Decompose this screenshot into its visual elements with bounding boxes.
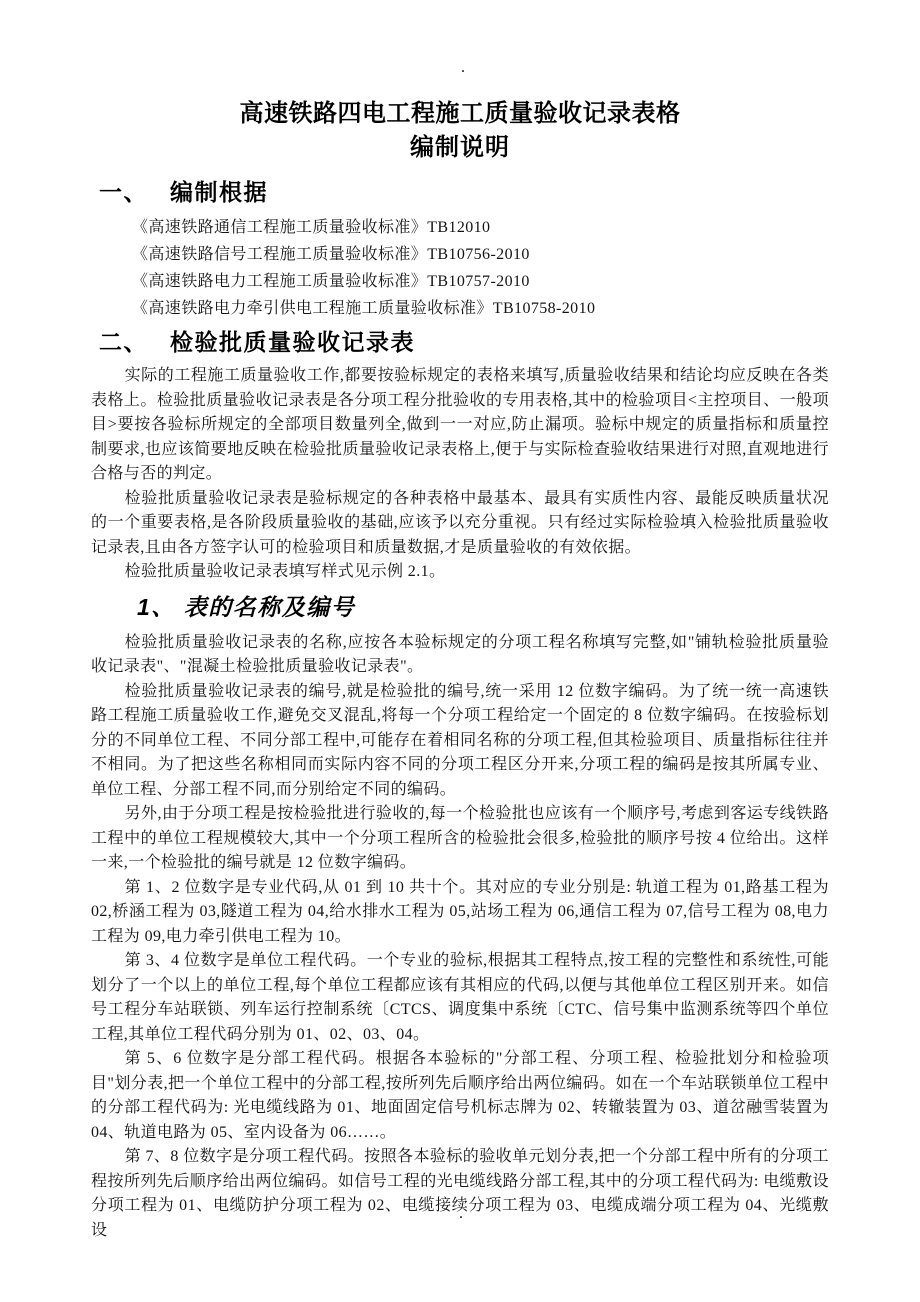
subsection1-paragraph-5: 第 3、4 位数字是单位工程代码。一个专业的验标,根据其工程特点,按工程的完整性… [91,949,829,1047]
subsection1-paragraph-2: 检验批质量验收记录表的编号,就是检验批的编号,统一采用 12 位数字编码。为了统… [91,680,829,803]
section2-title: 检验批质量验收记录表 [170,329,415,355]
page-bottom-mark: . [459,1206,463,1222]
reference-item-4: 《高速铁路电力牵引供电工程施工质量验收标准》TB10758-2010 [132,295,829,322]
reference-list: 《高速铁路通信工程施工质量验收标准》TB12010 《高速铁路信号工程施工质量验… [132,214,829,322]
subsection1-heading: 1、表的名称及编号 [137,591,829,623]
section1-title: 编制根据 [170,179,268,205]
section2-number: 二、 [99,326,148,358]
section1-number: 一、 [99,176,148,208]
document-subtitle: 编制说明 [91,131,829,166]
section1-heading: 一、编制根据 [99,176,829,208]
subsection1-paragraph-7: 第 7、8 位数字是分项工程代码。按照各本验标的验收单元划分表,把一个分部工程中… [91,1145,829,1243]
subsection1-title: 表的名称及编号 [184,594,356,620]
reference-item-2: 《高速铁路信号工程施工质量验收标准》TB10756-2010 [132,241,829,268]
subsection1-number: 1、 [137,591,176,623]
section2-paragraph-1: 实际的工程施工质量验收工作,都要按验标规定的表格来填写,质量验收结果和结论均应反… [91,364,829,487]
reference-item-1: 《高速铁路通信工程施工质量验收标准》TB12010 [132,214,829,241]
subsection1-paragraph-6: 第 5、6 位数字是分部工程代码。根据各本验标的"分部工程、分项工程、检验批划分… [91,1047,829,1145]
document-title: 高速铁路四电工程施工质量验收记录表格 [91,98,829,131]
section2-paragraph-3: 检验批质量验收记录表填写样式见示例 2.1。 [91,560,829,585]
document-page: . 高速铁路四电工程施工质量验收记录表格 编制说明 一、编制根据 《高速铁路通信… [0,0,920,1302]
subsection1-paragraph-3: 另外,由于分项工程是按检验批进行验收的,每一个检验批也应该有一个顺序号,考虑到客… [91,802,829,876]
section2-paragraph-2: 检验批质量验收记录表是验标规定的各种表格中最基本、最具有实质性内容、最能反映质量… [91,487,829,561]
section2-heading: 二、检验批质量验收记录表 [99,326,829,358]
subsection1-paragraph-4: 第 1、2 位数字是专业代码,从 01 到 10 共十个。其对应的专业分别是: … [91,876,829,950]
subsection1-paragraph-1: 检验批质量验收记录表的名称,应按各本验标规定的分项工程名称填写完整,如"铺轨检验… [91,631,829,680]
document-content: 高速铁路四电工程施工质量验收记录表格 编制说明 一、编制根据 《高速铁路通信工程… [91,0,829,1243]
reference-item-3: 《高速铁路电力工程施工质量验收标准》TB10757-2010 [132,268,829,295]
